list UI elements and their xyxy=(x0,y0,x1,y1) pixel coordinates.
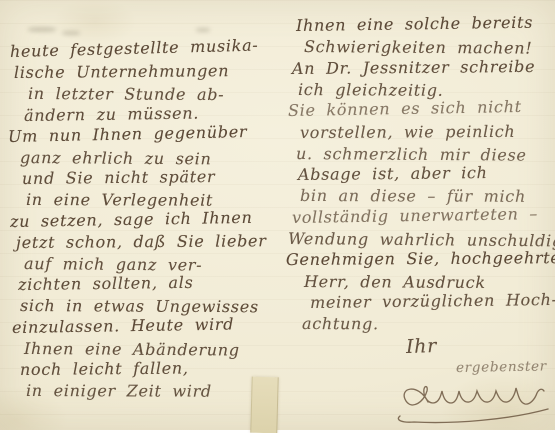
handwritten-line: Absage ist, aber ich xyxy=(298,163,488,184)
handwritten-line: Ihnen eine solche bereits xyxy=(296,13,533,35)
handwritten-line: u. schmerzlich mir diese xyxy=(296,144,527,165)
handwritten-line: vorstellen, wie peinlich xyxy=(300,121,516,141)
handwritten-line: Herr, den Ausdruck xyxy=(304,272,486,292)
handwritten-line: vollständig unerwarteten – xyxy=(292,204,538,227)
handwritten-line: meiner vorzüglichen Hoch- xyxy=(310,290,555,312)
handwritten-line: Genehmigen Sie, hochgeehrter xyxy=(286,248,555,269)
handwritten-line: Schwierigkeiten machen! xyxy=(304,37,533,58)
handwritten-line: achtung. xyxy=(302,314,379,333)
handwritten-line: ergebenster xyxy=(456,358,547,376)
signature-stroke xyxy=(404,387,544,405)
handwritten-line: bin an diese – für mich xyxy=(300,186,526,206)
handwritten-line: Wendung wahrlich unschuldig xyxy=(288,229,555,250)
signature-flourish xyxy=(390,376,555,428)
letter-paper: heute festgestellte musika-lische Untern… xyxy=(0,0,555,430)
handwritten-line: An Dr. Jessnitzer schreibe xyxy=(292,56,535,77)
tape-repair-strip xyxy=(250,377,278,430)
handwritten-line: Sie können es sich nicht xyxy=(288,97,522,120)
letter-page-right: Ihnen eine solche bereitsSchwierigkeiten… xyxy=(0,0,555,430)
handwritten-line: ich gleichzeitig. xyxy=(298,80,444,100)
signature-underline xyxy=(398,409,548,422)
handwritten-line: Ihr xyxy=(406,335,438,358)
